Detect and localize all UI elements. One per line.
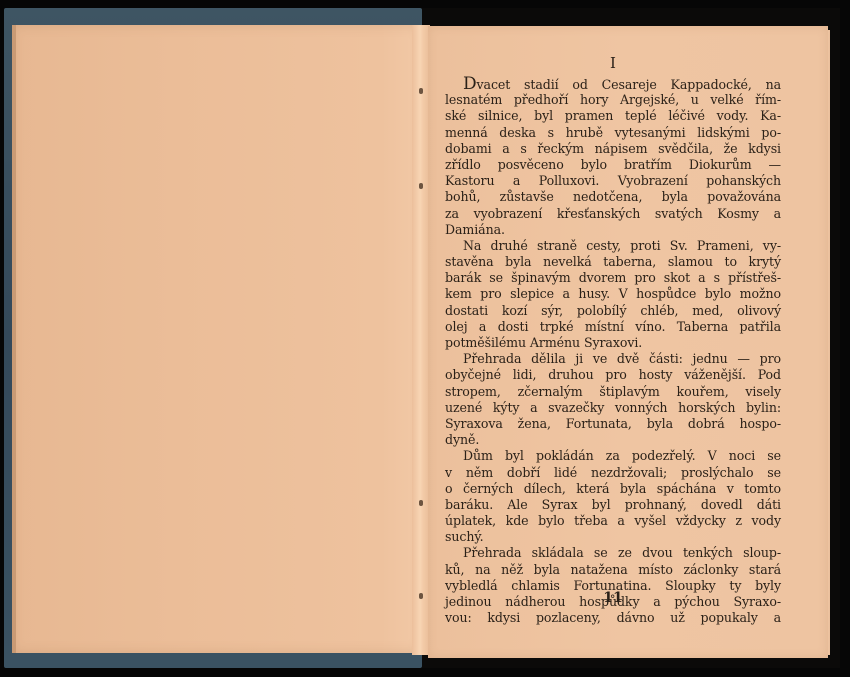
- text-line: olej a dosti trpké místní víno. Taberna …: [445, 319, 781, 335]
- page-number: 11: [428, 590, 798, 606]
- text-line: uzené kýty a svazečky vonných horských b…: [445, 400, 781, 416]
- text-line: Dům byl pokládán za podezřelý. V noci se: [445, 448, 781, 464]
- text-line: Kastoru a Polluxovi. Vyobrazení pohanský…: [445, 173, 781, 189]
- text-line: Přehrada skládala se ze dvou tenkých slo…: [445, 545, 781, 561]
- text-line: o černých dílech, která byla spáchána v …: [445, 481, 781, 497]
- text-line: Damiána.: [445, 222, 781, 238]
- text-line: baráku. Ale Syrax byl prohnaný, dovedl d…: [445, 497, 781, 513]
- text-line: stropem, zčernalým štiplavým kouřem, vis…: [445, 384, 781, 400]
- text-line: Dvacet stadií od Cesareje Kappadocké, na: [445, 76, 781, 92]
- binding-stitch: [419, 88, 423, 94]
- text-line: dostati kozí sýr, polobílý chléb, med, o…: [445, 303, 781, 319]
- text-line: zřídlo posvěceno bylo bratřím Diokurům —: [445, 157, 781, 173]
- text-line: dobami a s řeckým nápisem svědčila, že k…: [445, 141, 781, 157]
- text-line: dyně.: [445, 432, 781, 448]
- right-page: I Dvacet stadií od Cesareje Kappadocké, …: [428, 26, 828, 658]
- drop-cap: D: [463, 74, 477, 94]
- text-line: vou: kdysi pozlaceny, dávno už popukaly …: [445, 610, 781, 626]
- text-line: Syraxova žena, Fortunata, byla dobrá hos…: [445, 416, 781, 432]
- text-line: bohů, zůstavše nedotčena, byla považován…: [445, 189, 781, 205]
- text-line: menná deska s hrubě vytesanými lidskými …: [445, 125, 781, 141]
- text-line: suchý.: [445, 529, 781, 545]
- text-line: barák se špinavým dvorem pro skot a s př…: [445, 270, 781, 286]
- binding-stitch: [419, 500, 423, 506]
- chapter-heading: I: [428, 54, 798, 72]
- text-line: ské silnice, byl pramen teplé léčivé vod…: [445, 108, 781, 124]
- text-line: úplatek, kde bylo třeba a vyšel vždycky …: [445, 513, 781, 529]
- text-line: potměšilému Arménu Syraxovi.: [445, 335, 781, 351]
- text-line: lesnatém předhoří hory Argejské, u velké…: [445, 92, 781, 108]
- text-line: v něm dobří lidé nezdržovali; proslýchal…: [445, 465, 781, 481]
- binding-stitch: [419, 593, 423, 599]
- body-text: Dvacet stadií od Cesareje Kappadocké, na…: [445, 76, 781, 626]
- book-photo: I Dvacet stadií od Cesareje Kappadocké, …: [0, 0, 850, 677]
- left-page-blank: [12, 25, 422, 653]
- binding-stitch: [419, 183, 423, 189]
- text-line: Přehrada dělila ji ve dvě části: jednu —…: [445, 351, 781, 367]
- text-line: stavěna byla nevelká taberna, slamou to …: [445, 254, 781, 270]
- text-line: za vyobrazení křesťanských svatých Kosmy…: [445, 206, 781, 222]
- text-line: ků, na něž byla natažena místo záclonky …: [445, 562, 781, 578]
- text-line: Na druhé straně cesty, proti Sv. Prameni…: [445, 238, 781, 254]
- text-line: kem pro slepice a husy. V hospůdce bylo …: [445, 286, 781, 302]
- text-line: obyčejné lidi, druhou pro hosty váženějš…: [445, 367, 781, 383]
